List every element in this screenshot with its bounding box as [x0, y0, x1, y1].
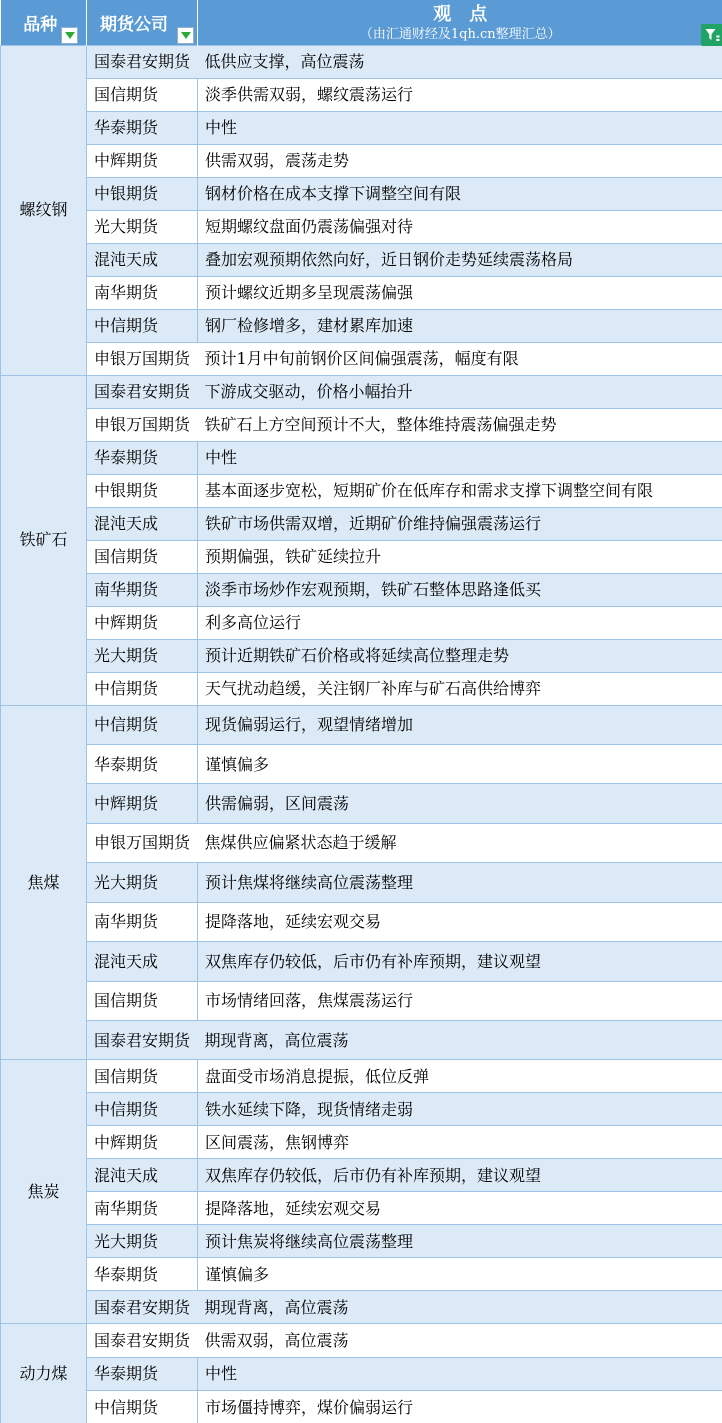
dropdown-arrow-icon	[181, 32, 191, 39]
table-row: 中信期货钢厂检修增多，建材累库加速	[1, 309, 722, 342]
header-view: 观 点 （由汇通财经及1qh.cn整理汇总）	[198, 0, 722, 45]
table-row: 混沌天成铁矿市场供需双增，近期矿价维持偏强震荡运行	[1, 507, 722, 540]
company-cell: 南华期货	[87, 573, 198, 606]
view-cell: 中性	[198, 111, 722, 144]
company-cell: 中信期货	[87, 309, 198, 342]
view-cell: 铁矿市场供需双增，近期矿价维持偏强震荡运行	[198, 507, 722, 540]
table-row: 焦煤中信期货现货偏弱运行，观望情绪增加	[1, 705, 722, 744]
company-cell: 国泰君安期货	[87, 1291, 198, 1324]
company-cell: 混沌天成	[87, 1159, 198, 1192]
table-row: 华泰期货谨慎偏多	[1, 1258, 722, 1291]
view-cell: 提降落地，延续宏观交易	[198, 1192, 722, 1225]
company-cell: 国泰君安期货	[87, 375, 198, 408]
company-cell: 中银期货	[87, 474, 198, 507]
table-row: 混沌天成双焦库存仍较低，后市仍有补库预期，建议观望	[1, 942, 722, 981]
view-cell: 预计焦煤将继续高位震荡整理	[198, 863, 722, 902]
variety-cell: 螺纹钢	[1, 45, 87, 375]
view-cell: 淡季供需双弱，螺纹震荡运行	[198, 78, 722, 111]
table-row: 动力煤国泰君安期货供需双弱，高位震荡	[1, 1324, 722, 1357]
table-row: 铁矿石国泰君安期货下游成交驱动，价格小幅抬升	[1, 375, 722, 408]
company-cell: 中信期货	[87, 705, 198, 744]
company-cell: 中信期货	[87, 1093, 198, 1126]
table-row: 国信期货淡季供需双弱，螺纹震荡运行	[1, 78, 722, 111]
company-cell: 申银万国期货	[87, 823, 198, 862]
view-cell: 淡季市场炒作宏观预期，铁矿石整体思路逢低买	[198, 573, 722, 606]
header-company-label: 期货公司	[87, 10, 168, 35]
company-cell: 光大期货	[87, 863, 198, 902]
view-cell: 利多高位运行	[198, 606, 722, 639]
view-cell: 铁水延续下降，现货情绪走弱	[198, 1093, 722, 1126]
view-cell: 预计螺纹近期多呈现震荡偏强	[198, 276, 722, 309]
view-cell: 中性	[198, 441, 722, 474]
variety-cell: 焦煤	[1, 705, 87, 1060]
view-cell: 中性	[198, 1357, 722, 1390]
view-cell: 下游成交驱动，价格小幅抬升	[198, 375, 722, 408]
company-cell: 华泰期货	[87, 111, 198, 144]
company-cell: 南华期货	[87, 1192, 198, 1225]
view-cell: 供需双弱，高位震荡	[198, 1324, 722, 1357]
company-cell: 申银万国期货	[87, 342, 198, 375]
table-row: 申银万国期货预计1月中旬前钢价区间偏强震荡，幅度有限	[1, 342, 722, 375]
view-cell: 谨慎偏多	[198, 744, 722, 783]
header-row: 品种 期货公司 观 点 （由汇通财经及1qh.cn整理汇总）	[1, 0, 722, 45]
table-row: 混沌天成叠加宏观预期依然向好，近日钢价走势延续震荡格局	[1, 243, 722, 276]
company-cell: 光大期货	[87, 210, 198, 243]
table-row: 南华期货提降落地，延续宏观交易	[1, 1192, 722, 1225]
table-row: 南华期货淡季市场炒作宏观预期，铁矿石整体思路逢低买	[1, 573, 722, 606]
company-cell: 华泰期货	[87, 1357, 198, 1390]
company-cell: 华泰期货	[87, 744, 198, 783]
company-cell: 申银万国期货	[87, 408, 198, 441]
table-row: 光大期货短期螺纹盘面仍震荡偏强对待	[1, 210, 722, 243]
table-row: 光大期货预计焦炭将继续高位震荡整理	[1, 1225, 722, 1258]
view-cell: 预计1月中旬前钢价区间偏强震荡，幅度有限	[198, 342, 722, 375]
view-cell: 供需偏弱，区间震荡	[198, 784, 722, 823]
view-cell: 期现背离，高位震荡	[198, 1021, 722, 1060]
view-cell: 谨慎偏多	[198, 1258, 722, 1291]
view-cell: 短期螺纹盘面仍震荡偏强对待	[198, 210, 722, 243]
table-row: 中辉期货区间震荡，焦钢博弈	[1, 1126, 722, 1159]
table-row: 南华期货预计螺纹近期多呈现震荡偏强	[1, 276, 722, 309]
company-cell: 华泰期货	[87, 441, 198, 474]
company-cell: 中辉期货	[87, 784, 198, 823]
header-company: 期货公司	[87, 0, 198, 45]
company-cell: 中辉期货	[87, 144, 198, 177]
table-row: 申银万国期货铁矿石上方空间预计不大，整体维持震荡偏强走势	[1, 408, 722, 441]
company-cell: 光大期货	[87, 639, 198, 672]
view-cell: 区间震荡，焦钢博弈	[198, 1126, 722, 1159]
header-view-title: 观 点	[198, 4, 722, 26]
company-filter-dropdown-icon[interactable]	[177, 27, 194, 44]
futures-opinions-table: 品种 期货公司 观 点 （由汇通财经及1qh.cn整理汇总）	[0, 0, 722, 1423]
company-cell: 国泰君安期货	[87, 1324, 198, 1357]
view-cell: 提降落地，延续宏观交易	[198, 902, 722, 941]
table-row: 中信期货市场僵持博弈，煤价偏弱运行	[1, 1391, 722, 1423]
company-cell: 国信期货	[87, 981, 198, 1020]
view-cell: 市场僵持博弈，煤价偏弱运行	[198, 1391, 722, 1423]
company-cell: 混沌天成	[87, 243, 198, 276]
variety-filter-dropdown-icon[interactable]	[61, 27, 78, 44]
table-row: 华泰期货谨慎偏多	[1, 744, 722, 783]
view-cell: 市场情绪回落，焦煤震荡运行	[198, 981, 722, 1020]
company-cell: 混沌天成	[87, 942, 198, 981]
table-row: 华泰期货中性	[1, 1357, 722, 1390]
company-cell: 南华期货	[87, 276, 198, 309]
table-row: 南华期货提降落地，延续宏观交易	[1, 902, 722, 941]
view-cell: 叠加宏观预期依然向好，近日钢价走势延续震荡格局	[198, 243, 722, 276]
view-cell: 钢材价格在成本支撑下调整空间有限	[198, 177, 722, 210]
company-cell: 南华期货	[87, 902, 198, 941]
company-cell: 国泰君安期货	[87, 45, 198, 78]
view-cell: 钢厂检修增多，建材累库加速	[198, 309, 722, 342]
view-cell: 铁矿石上方空间预计不大，整体维持震荡偏强走势	[198, 408, 722, 441]
company-cell: 华泰期货	[87, 1258, 198, 1291]
view-cell: 期现背离，高位震荡	[198, 1291, 722, 1324]
variety-cell: 动力煤	[1, 1324, 87, 1423]
table-row: 中辉期货利多高位运行	[1, 606, 722, 639]
view-cell: 焦煤供应偏紧状态趋于缓解	[198, 823, 722, 862]
view-cell: 低供应支撑，高位震荡	[198, 45, 722, 78]
table-row: 中辉期货供需双弱，震荡走势	[1, 144, 722, 177]
view-cell: 预期偏强，铁矿延续拉升	[198, 540, 722, 573]
table-row: 中辉期货供需偏弱，区间震荡	[1, 784, 722, 823]
view-cell: 天气扰动趋缓，关注钢厂补库与矿石高供给博弈	[198, 672, 722, 705]
header-variety-label: 品种	[23, 10, 63, 35]
table-row: 华泰期货中性	[1, 441, 722, 474]
company-cell: 国信期货	[87, 78, 198, 111]
view-cell: 供需双弱，震荡走势	[198, 144, 722, 177]
view-cell: 盘面受市场消息提振，低位反弹	[198, 1060, 722, 1093]
table-row: 中银期货钢材价格在成本支撑下调整空间有限	[1, 177, 722, 210]
table-row: 国信期货预期偏强，铁矿延续拉升	[1, 540, 722, 573]
table-row: 中信期货天气扰动趋缓，关注钢厂补库与矿石高供给博弈	[1, 672, 722, 705]
table-row: 混沌天成双焦库存仍较低，后市仍有补库预期，建议观望	[1, 1159, 722, 1192]
table-row: 申银万国期货焦煤供应偏紧状态趋于缓解	[1, 823, 722, 862]
header-variety: 品种	[1, 0, 87, 45]
table-row: 光大期货预计焦煤将继续高位震荡整理	[1, 863, 722, 902]
company-cell: 光大期货	[87, 1225, 198, 1258]
table-row: 国泰君安期货期现背离，高位震荡	[1, 1291, 722, 1324]
view-cell: 预计焦炭将继续高位震荡整理	[198, 1225, 722, 1258]
filter-funnel-icon[interactable]	[701, 24, 722, 46]
table-row: 光大期货预计近期铁矿石价格或将延续高位整理走势	[1, 639, 722, 672]
header-view-subtitle: （由汇通财经及1qh.cn整理汇总）	[198, 26, 722, 43]
view-cell: 预计近期铁矿石价格或将延续高位整理走势	[198, 639, 722, 672]
view-cell: 双焦库存仍较低，后市仍有补库预期，建议观望	[198, 942, 722, 981]
view-cell: 基本面逐步宽松，短期矿价在低库存和需求支撑下调整空间有限	[198, 474, 722, 507]
company-cell: 国信期货	[87, 1060, 198, 1093]
company-cell: 中银期货	[87, 177, 198, 210]
company-cell: 国泰君安期货	[87, 1021, 198, 1060]
table-row: 国泰君安期货期现背离，高位震荡	[1, 1021, 722, 1060]
table-row: 焦炭国信期货盘面受市场消息提振，低位反弹	[1, 1060, 722, 1093]
futures-opinions-page: 品种 期货公司 观 点 （由汇通财经及1qh.cn整理汇总）	[0, 0, 722, 1423]
table-row: 中银期货基本面逐步宽松，短期矿价在低库存和需求支撑下调整空间有限	[1, 474, 722, 507]
company-cell: 国信期货	[87, 540, 198, 573]
view-cell: 双焦库存仍较低，后市仍有补库预期，建议观望	[198, 1159, 722, 1192]
dropdown-arrow-icon	[65, 32, 75, 39]
company-cell: 中辉期货	[87, 1126, 198, 1159]
view-cell: 现货偏弱运行，观望情绪增加	[198, 705, 722, 744]
company-cell: 混沌天成	[87, 507, 198, 540]
company-cell: 中信期货	[87, 1391, 198, 1423]
variety-cell: 铁矿石	[1, 375, 87, 705]
company-cell: 中信期货	[87, 672, 198, 705]
company-cell: 中辉期货	[87, 606, 198, 639]
table-row: 螺纹钢国泰君安期货低供应支撑，高位震荡	[1, 45, 722, 78]
table-row: 国信期货市场情绪回落，焦煤震荡运行	[1, 981, 722, 1020]
variety-cell: 焦炭	[1, 1060, 87, 1324]
table-row: 华泰期货中性	[1, 111, 722, 144]
table-row: 中信期货铁水延续下降，现货情绪走弱	[1, 1093, 722, 1126]
